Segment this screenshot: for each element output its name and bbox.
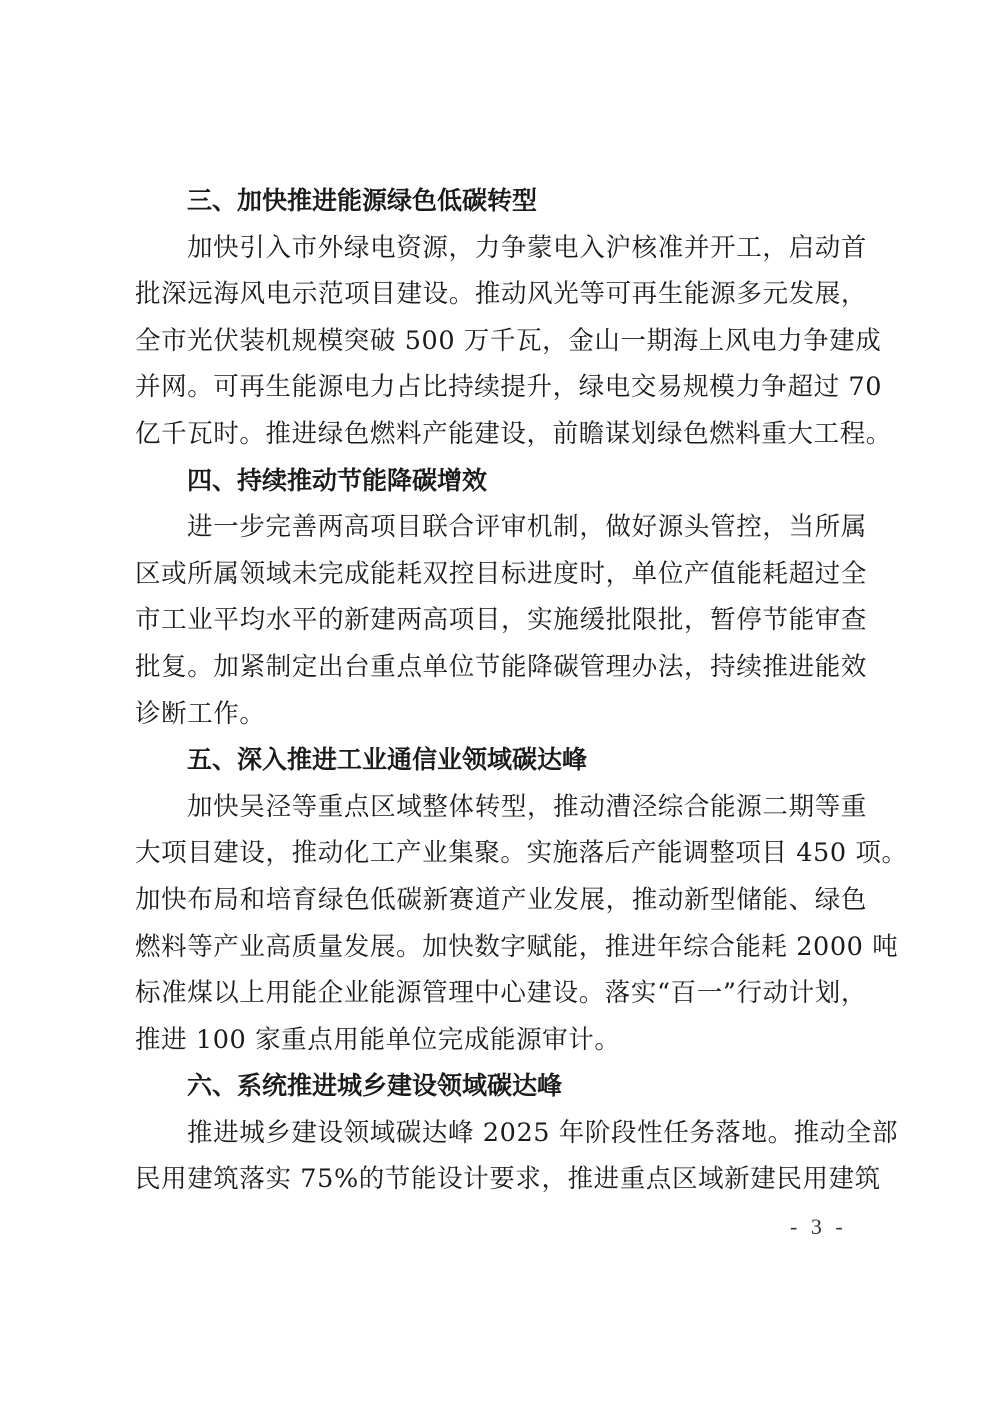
- paragraph-line: 并网。可再生能源电力占比持续提升，绿电交易规模力争超过 70: [135, 364, 867, 411]
- paragraph-line: 民用建筑落实 75%的节能设计要求，推进重点区域新建民用建筑: [135, 1156, 867, 1203]
- paragraph-line: 标准煤以上用能企业能源管理中心建设。落实“百一”行动计划，: [135, 970, 867, 1017]
- section-heading-3: 三、加快推进能源绿色低碳转型: [135, 178, 867, 225]
- document-page: 三、加快推进能源绿色低碳转型 加快引入市外绿电资源，力争蒙电入沪核准并开工，启动…: [135, 178, 867, 1203]
- paragraph-line: 诊断工作。: [135, 691, 867, 738]
- paragraph-line: 市工业平均水平的新建两高项目，实施缓批限批，暂停节能审查: [135, 597, 867, 644]
- paragraph-line: 燃料等产业高质量发展。加快数字赋能，推进年综合能耗 2000 吨: [135, 924, 867, 971]
- section-heading-6: 六、系统推进城乡建设领域碳达峰: [135, 1063, 867, 1110]
- paragraph-line: 推进 100 家重点用能单位完成能源审计。: [135, 1017, 867, 1064]
- paragraph-line: 加快吴泾等重点区域整体转型，推动漕泾综合能源二期等重: [135, 784, 867, 831]
- paragraph-line: 批深远海风电示范项目建设。推动风光等可再生能源多元发展，: [135, 271, 867, 318]
- section-heading-5: 五、深入推进工业通信业领域碳达峰: [135, 737, 867, 784]
- paragraph-line: 进一步完善两高项目联合评审机制，做好源头管控，当所属: [135, 504, 867, 551]
- paragraph-line: 推进城乡建设领域碳达峰 2025 年阶段性任务落地。推动全部: [135, 1110, 867, 1157]
- paragraph-line: 加快引入市外绿电资源，力争蒙电入沪核准并开工，启动首: [135, 225, 867, 272]
- paragraph-line: 大项目建设，推动化工产业集聚。实施落后产能调整项目 450 项。: [135, 830, 867, 877]
- paragraph-line: 亿千瓦时。推进绿色燃料产能建设，前瞻谋划绿色燃料重大工程。: [135, 411, 867, 458]
- paragraph-line: 加快布局和培育绿色低碳新赛道产业发展，推动新型储能、绿色: [135, 877, 867, 924]
- page-number: - 3 -: [790, 1214, 847, 1240]
- paragraph-line: 批复。加紧制定出台重点单位节能降碳管理办法，持续推进能效: [135, 644, 867, 691]
- section-heading-4: 四、持续推动节能降碳增效: [135, 458, 867, 505]
- paragraph-line: 全市光伏装机规模突破 500 万千瓦，金山一期海上风电力争建成: [135, 318, 867, 365]
- paragraph-line: 区或所属领域未完成能耗双控目标进度时，单位产值能耗超过全: [135, 551, 867, 598]
